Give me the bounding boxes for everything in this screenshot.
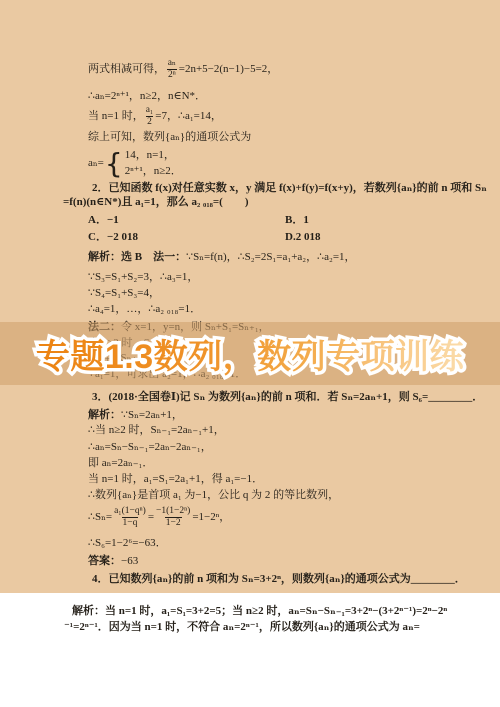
question-4-stem: 4．已知数列{aₙ}的前 n 项和为 Sₙ=3+2ⁿ，则数列{aₙ}的通项公式为… xyxy=(92,573,466,587)
option-b: B．1 xyxy=(285,214,309,228)
piecewise-formula: aₙ= { 14，n=1， 2ⁿ⁺¹，n≥2． xyxy=(88,148,182,180)
fraction-denominator: 1−q xyxy=(122,517,139,529)
fraction-numerator: aₙ xyxy=(168,58,176,69)
answer-value: −63 xyxy=(121,555,138,567)
solution-line: 综上可知，数列{aₙ}的通项公式为 xyxy=(88,131,251,145)
question-3-stem: 3．(2018·全国卷Ⅰ)记 Sₙ 为数列{aₙ}的前 n 项和．若 Sₙ=2a… xyxy=(92,391,483,405)
fraction: a₁ 2 xyxy=(146,105,154,128)
solution-line: 解析：∵Sₙ=2aₙ+1， xyxy=(88,409,183,423)
solution-line: ∴a₄=1，…，∴a₂ ₀₁₈=1． xyxy=(88,303,201,317)
fraction-denominator: 2ⁿ xyxy=(167,69,177,81)
solution-label: 解析：选 B 法一： xyxy=(88,251,186,263)
formula-text: 当 n=1 时， xyxy=(88,110,144,124)
option-a: A．−1 xyxy=(88,214,119,228)
answer-line: 答案：−63 xyxy=(88,555,138,569)
solution-line: ∴数列{aₙ}是首项 a₁ 为−1，公比 q 为 2 的等比数列， xyxy=(88,489,339,503)
solution-line-fraction: ∴Sₙ= a₁(1−qⁿ) 1−q = −1(1−2ⁿ) 1−2 =1−2ⁿ， xyxy=(88,506,230,529)
solution-line: ⁻¹=2ⁿ⁻¹．因为当 n=1 时，不符合 aₙ=2ⁿ⁻¹，所以数列{aₙ}的通… xyxy=(64,621,420,635)
watermark-title-text: 专题1.3数列，数列专项训练 xyxy=(36,329,464,378)
solution-line: 即 aₙ=2aₙ₋₁． xyxy=(88,457,153,471)
fraction-denominator: 2 xyxy=(146,116,153,128)
solution-label: 解析： xyxy=(88,409,121,421)
formula-text: =7，∴a₁=14， xyxy=(155,110,222,124)
formula-text: aₙ= xyxy=(88,157,104,171)
option-c: C．−2 018 xyxy=(88,231,138,245)
solution-line: 解析：当 n=1 时，a₁=S₁=3+2=5；当 n≥2 时，aₙ=Sₙ−Sₙ₋… xyxy=(72,605,447,619)
fraction: a₁(1−qⁿ) 1−q xyxy=(114,506,146,529)
solution-line: 当 n=1 时，a₁=S₁=2a₁+1，得 a₁=−1． xyxy=(88,473,263,487)
fraction-numerator: a₁ xyxy=(146,105,154,116)
solution-line: ∴aₙ=Sₙ−Sₙ₋₁=2aₙ−2aₙ₋₁， xyxy=(88,441,212,455)
formula-text: ∵Sₙ=2aₙ+1， xyxy=(121,409,183,421)
solution-line: ∴当 n≥2 时，Sₙ₋₁=2aₙ₋₁+1， xyxy=(88,424,225,438)
option-d: D.2 018 xyxy=(285,231,320,245)
solution-line-fraction: 当 n=1 时， a₁ 2 =7，∴a₁=14， xyxy=(88,105,222,128)
document-page: 两式相减可得， aₙ 2ⁿ =2n+5−2(n−1)−5=2， ∴aₙ=2ⁿ⁺¹… xyxy=(0,0,500,707)
solution-line: ∴aₙ=2ⁿ⁺¹，n≥2，n∈N*． xyxy=(88,90,206,104)
solution-line: ∵S₄=S₁+S₃=4， xyxy=(88,287,160,301)
piecewise-case-top: 14，n=1， xyxy=(125,148,182,164)
formula-text: ∵Sₙ=f(n)，∴S₂=2S₁=a₁+a₂，∴a₂=1， xyxy=(186,251,355,263)
scan-paper-background xyxy=(0,0,500,593)
fraction-denominator: 1−2 xyxy=(165,517,182,529)
fraction-numerator: a₁(1−qⁿ) xyxy=(114,506,146,517)
formula-text: 两式相减可得， xyxy=(88,63,165,77)
formula-text: = xyxy=(148,511,154,525)
question-2-stem-continued: =f(n)(n∈N*)且 a₁=1，那么 a₂ ₀₁₈=( ) xyxy=(63,196,249,210)
formula-text: 当 n=1 时，a₁=S₁=3+2=5；当 n≥2 时，aₙ=Sₙ−Sₙ₋₁=3… xyxy=(105,605,447,617)
fraction: −1(1−2ⁿ) 1−2 xyxy=(156,506,190,529)
solution-line: ∴S₆=1−2⁶=−63． xyxy=(88,537,167,551)
formula-text: =2n+5−2(n−1)−5=2， xyxy=(179,63,279,77)
formula-text: ∴Sₙ= xyxy=(88,511,112,525)
watermark-title: 专题1.3数列，数列专项训练 专题1.3数列，数列专项训练 xyxy=(0,322,500,385)
piecewise-case-bottom: 2ⁿ⁺¹，n≥2． xyxy=(125,164,182,180)
fraction: aₙ 2ⁿ xyxy=(167,58,177,81)
solution-line: 解析：选 B 法一：∵Sₙ=f(n)，∴S₂=2S₁=a₁+a₂，∴a₂=1， xyxy=(88,251,356,265)
formula-text: =1−2ⁿ， xyxy=(192,511,230,525)
solution-label: 解析： xyxy=(72,605,105,617)
solution-line-fraction: 两式相减可得， aₙ 2ⁿ =2n+5−2(n−1)−5=2， xyxy=(88,58,278,81)
solution-line: ∵S₃=S₁+S₂=3，∴a₃=1， xyxy=(88,271,198,285)
question-2-stem: 2．已知函数 f(x)对任意实数 x，y 满足 f(x)+f(y)=f(x+y)… xyxy=(92,182,487,196)
fraction-numerator: −1(1−2ⁿ) xyxy=(156,506,190,517)
brace-glyph: { xyxy=(105,150,123,178)
answer-label: 答案： xyxy=(88,555,121,567)
